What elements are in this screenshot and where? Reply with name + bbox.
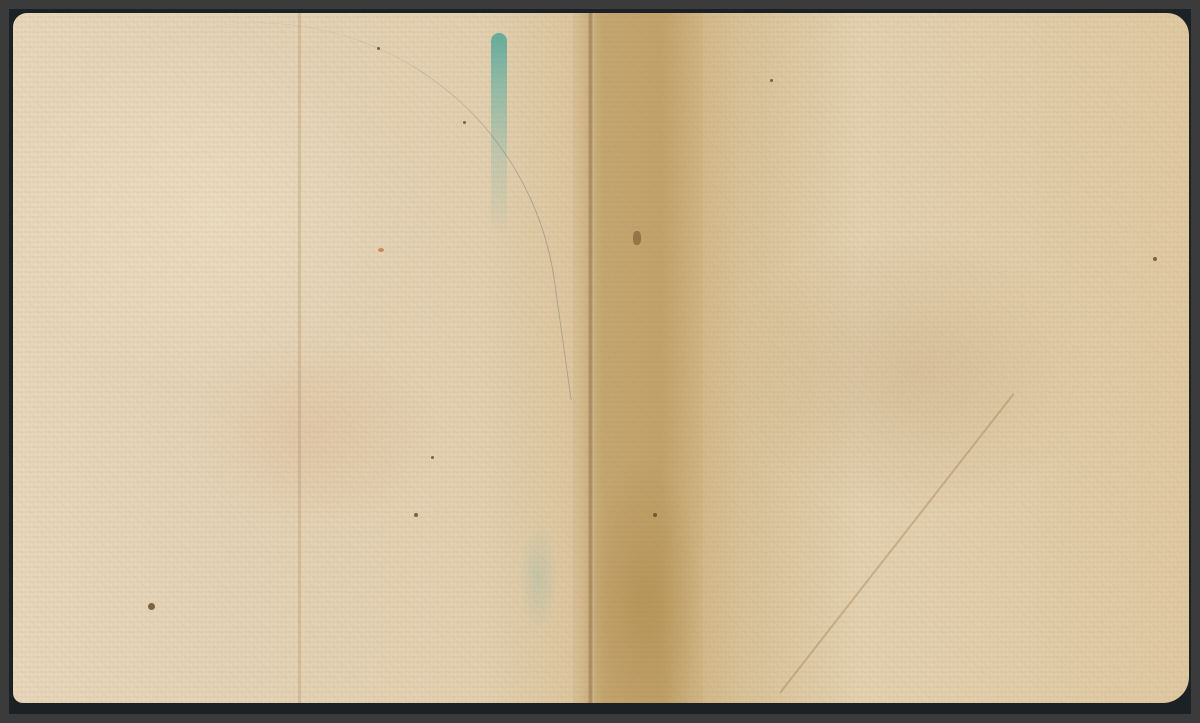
banknote-paper: [13, 13, 1189, 703]
foxing-spot: [463, 121, 466, 124]
foxing-spot: [633, 231, 641, 245]
foxing-spot: [1153, 257, 1157, 261]
center-fold-line: [588, 13, 594, 703]
foxing-spot: [148, 603, 155, 610]
foxing-spot: [377, 47, 380, 50]
foxing-spot: [378, 248, 384, 252]
faint-teal-mark: [518, 523, 558, 633]
foxing-spot: [653, 513, 657, 517]
foxing-spot: [431, 456, 434, 459]
foxing-spot: [414, 513, 418, 517]
lower-stain: [583, 453, 703, 703]
foxing-spot: [770, 79, 773, 82]
